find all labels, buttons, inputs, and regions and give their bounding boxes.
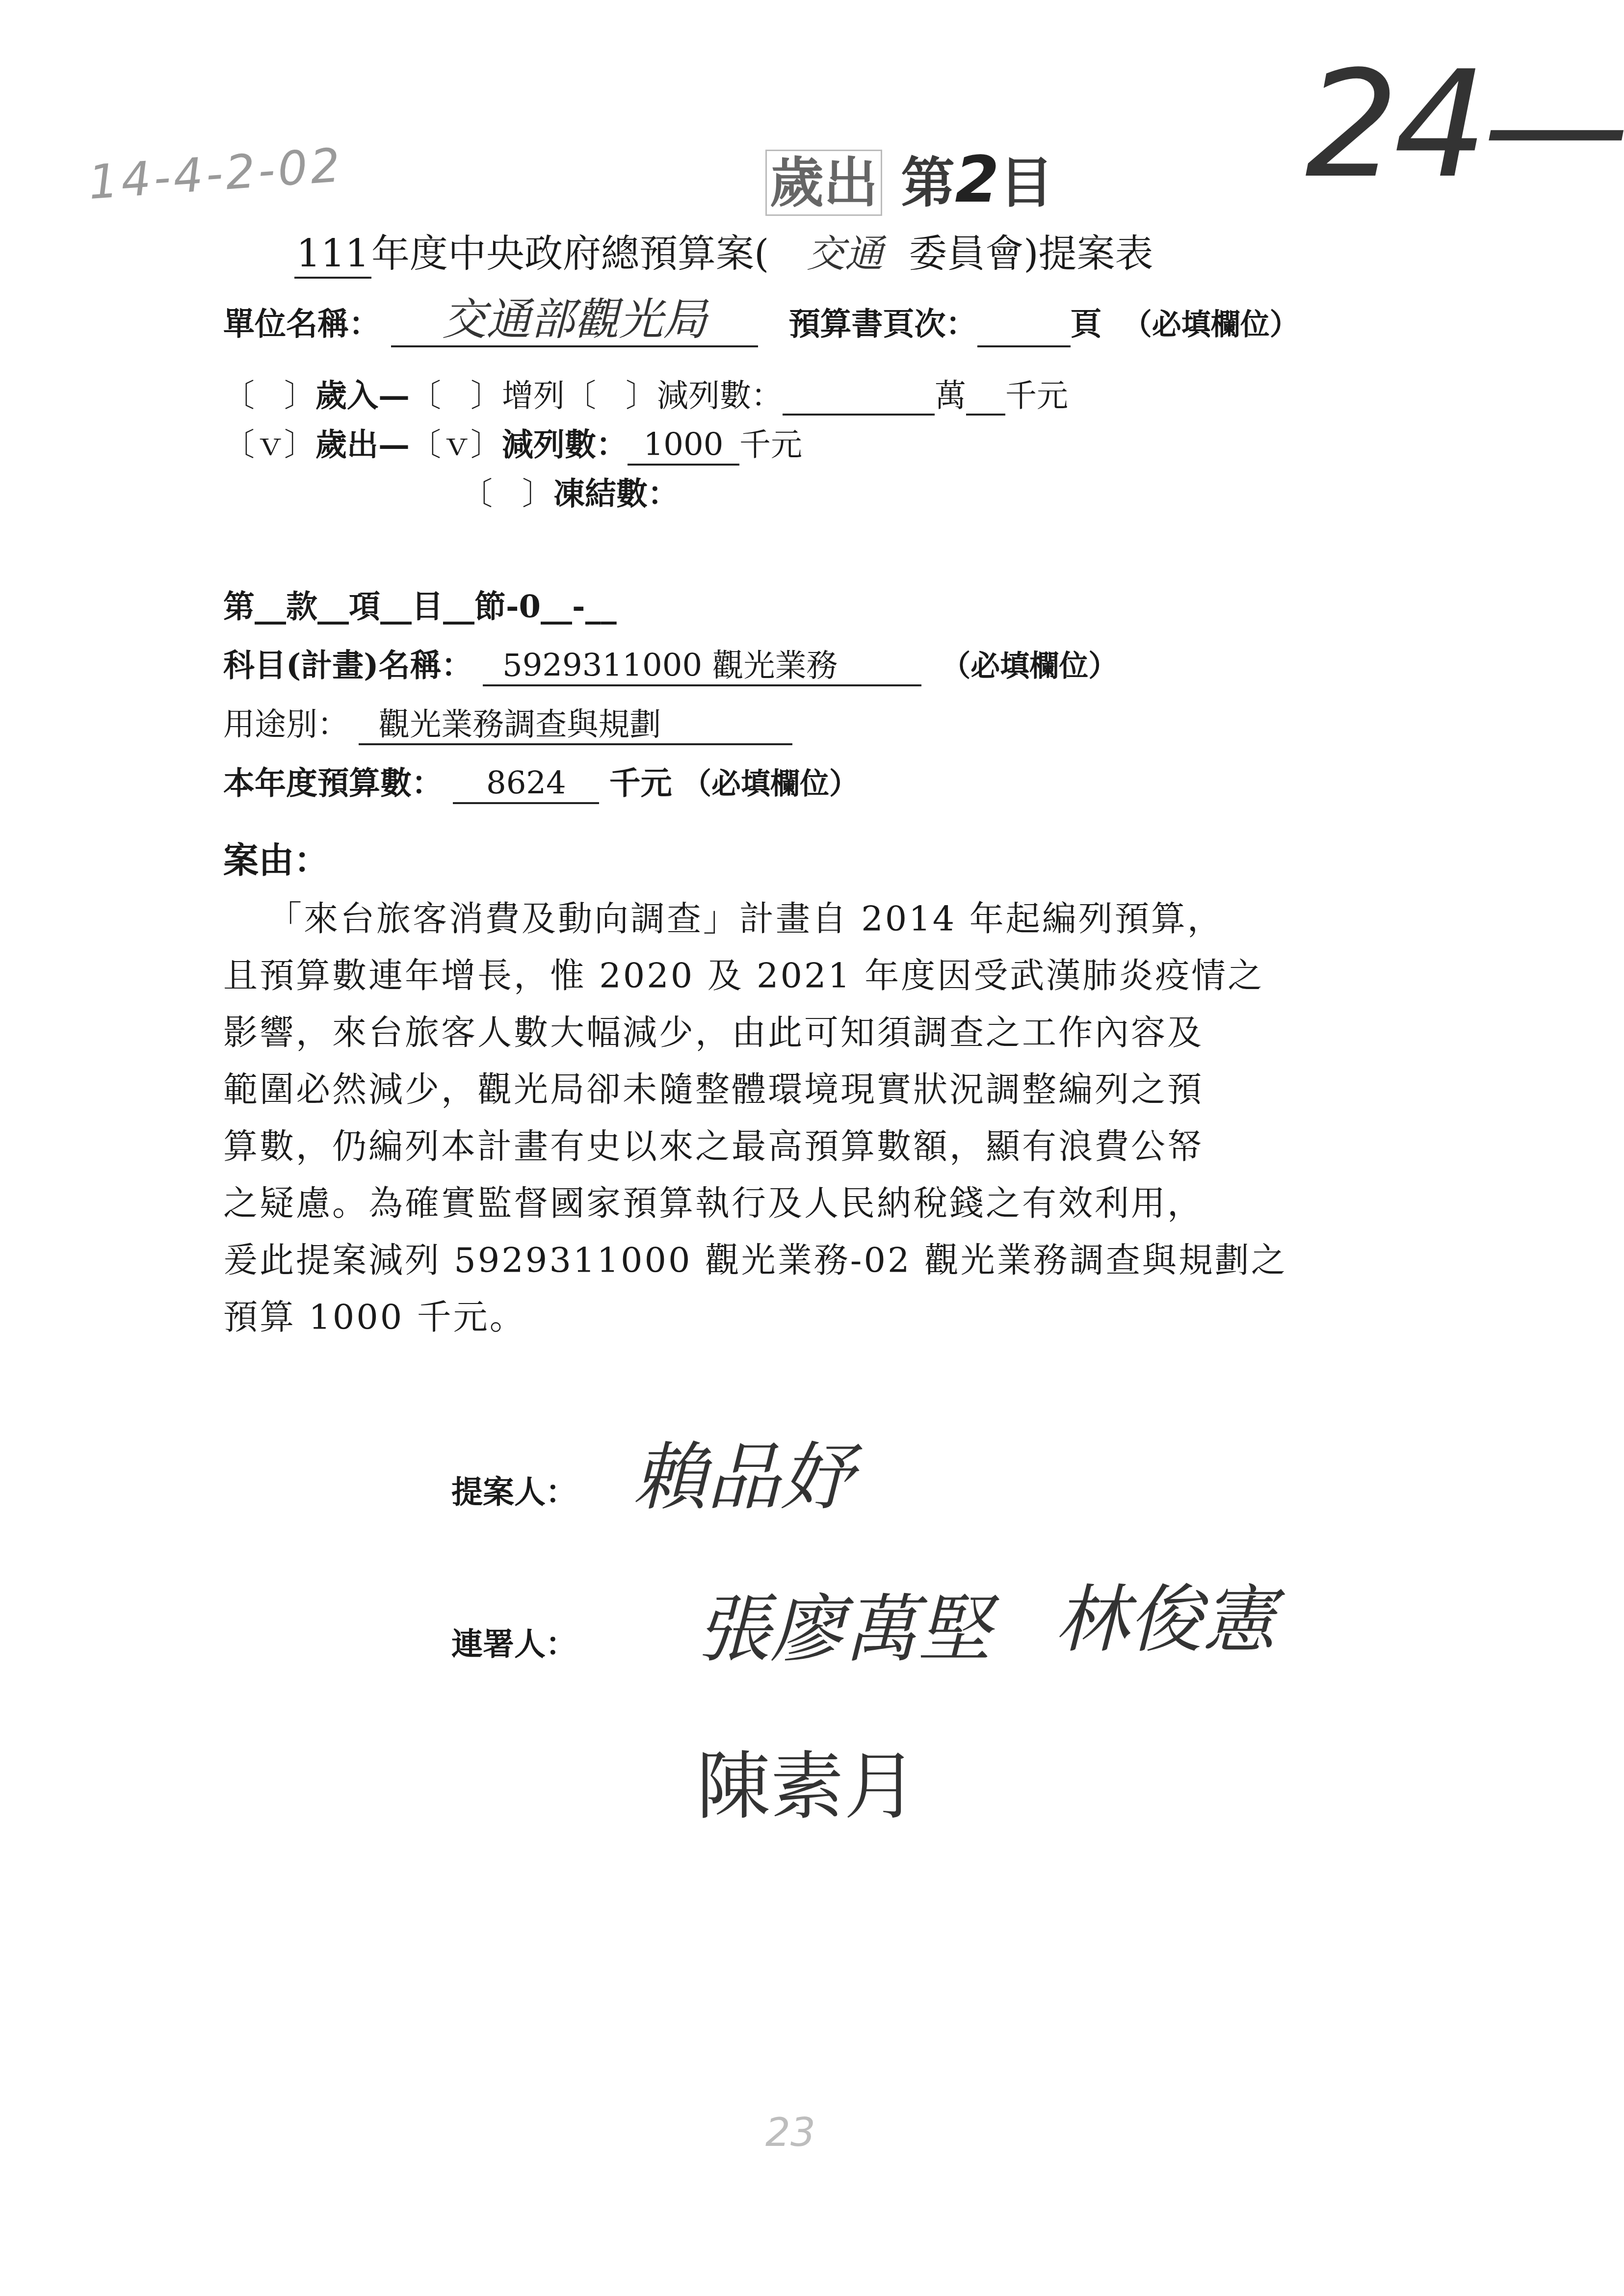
budget-unit: 千元 [609, 765, 672, 802]
revenue-decrease-label: 減列數： [657, 378, 783, 414]
reason-line: 範圍必然減少，觀光局卻未隨整體環境現實狀況調整編列之預 [223, 1061, 1479, 1118]
page-label: 預算書頁次： [789, 306, 977, 342]
usage-row: 用途別： 觀光業務調查與規劃 [223, 699, 792, 745]
title-text-after: 委員會)提案表 [909, 232, 1153, 276]
cosigner-label: 連署人： [451, 1619, 577, 1664]
reason-line: 且預算數連年增長，惟 2020 及 2021 年度因受武漢肺炎疫情之 [223, 947, 1479, 1004]
budget-label: 本年度預算數： [223, 765, 443, 802]
increase-label: 增列 [502, 378, 565, 414]
unit-value[interactable]: 交通部觀光局 [391, 294, 758, 347]
page-number: 23 [765, 2110, 815, 2155]
reason-line: 影響，來台旅客人數大幅減少，由此可知須調查之工作內容及 [223, 1004, 1479, 1061]
subject-required-note: （必填欄位） [941, 649, 1118, 683]
expenditure-row: 〔ｖ〕歲出—〔ｖ〕減列數：1000千元 [223, 419, 802, 466]
expenditure-unit: 千元 [739, 427, 802, 463]
subject-value[interactable]: 5929311000 觀光業務 [483, 648, 921, 686]
title-year: 111 [294, 233, 371, 279]
subject-label: 科目(計畫)名稱： [223, 647, 473, 684]
subject-row: 科目(計畫)名稱： 5929311000 觀光業務 （必填欄位） [223, 640, 1118, 686]
usage-value[interactable]: 觀光業務調查與規劃 [359, 707, 792, 745]
title-text-before: 年度中央政府總預算案( [371, 232, 769, 276]
unit-thousand: 千元 [1005, 378, 1068, 414]
stamp-number: 2 [955, 142, 999, 217]
cosigner-signature-3: 陳素月 [697, 1727, 917, 1833]
revenue-thousand-field[interactable] [966, 384, 1005, 416]
page-field[interactable] [977, 316, 1071, 347]
freeze-label: 凍結數： [553, 475, 679, 512]
reason-line: 「來台旅客消費及動向調查」計畫自 2014 年起編列預算， [223, 890, 1479, 947]
proposer-label: 提案人： [451, 1467, 577, 1512]
revenue-amount-field[interactable] [783, 384, 935, 416]
proposer-signature: 賴品妤 [633, 1418, 854, 1524]
stamp-suffix: 目 [999, 151, 1053, 214]
page-suffix: 頁 [1071, 306, 1102, 342]
committee-handwritten: 交通 [781, 223, 909, 278]
stamp-prefix: 第 [901, 151, 955, 214]
budget-category-stamp: 歲出 第2目 [765, 140, 1053, 217]
reason-line: 爰此提案減列 5929311000 觀光業務-02 觀光業務調查與規劃之 [223, 1232, 1479, 1289]
reason-line: 預算 1000 千元。 [223, 1289, 1479, 1346]
budget-required-note: （必填欄位） [682, 767, 859, 801]
expenditure-amount[interactable]: 1000 [628, 427, 739, 466]
reason-line: 之疑慮。為確實監督國家預算執行及人民納稅錢之有效利用， [223, 1175, 1479, 1232]
reason-line: 算數，仍編列本計畫有史以來之最高預算數額，顯有浪費公帑 [223, 1118, 1479, 1175]
classification-row: 第__款__項__目__節-0__-__ [223, 581, 617, 626]
pencil-file-code: 14-4-2-02 [87, 138, 345, 210]
unit-row: 單位名稱： 交通部觀光局 預算書頁次：頁 （必填欄位） [223, 294, 1299, 347]
cosigner-signature-1: 張廖萬堅 [697, 1570, 991, 1676]
unit-label: 單位名稱： [223, 306, 380, 342]
revenue-label: 歲入— [315, 377, 410, 414]
budget-value[interactable]: 8624 [453, 766, 599, 804]
expenditure-label: 歲出— [315, 426, 410, 463]
page-title: 111年度中央政府總預算案( 交通委員會)提案表 [294, 223, 1153, 279]
stamp-label: 歲出 [765, 150, 882, 216]
expenditure-checkbox[interactable]: ｖ [255, 419, 284, 465]
budget-row: 本年度預算數： 8624 千元 （必填欄位） [223, 758, 859, 804]
required-note: （必填欄位） [1123, 308, 1299, 342]
reason-heading: 案由： [223, 832, 329, 883]
freeze-row: 〔〕凍結數： [461, 469, 679, 514]
unit-wan: 萬 [935, 378, 966, 414]
reason-body: 「來台旅客消費及動向調查」計畫自 2014 年起編列預算， 且預算數連年增長，惟… [223, 890, 1479, 1346]
expenditure-decrease-label: 減列數： [502, 426, 628, 463]
revenue-row: 〔〕歲入—〔〕增列〔〕減列數：萬千元 [223, 370, 1068, 416]
expenditure-decrease-checkbox[interactable]: ｖ [441, 419, 471, 465]
page-mark-handwritten: 24— [1305, 39, 1624, 210]
cosigner-signature-2: 林俊憲 [1055, 1560, 1276, 1666]
usage-label: 用途別： [223, 706, 349, 743]
